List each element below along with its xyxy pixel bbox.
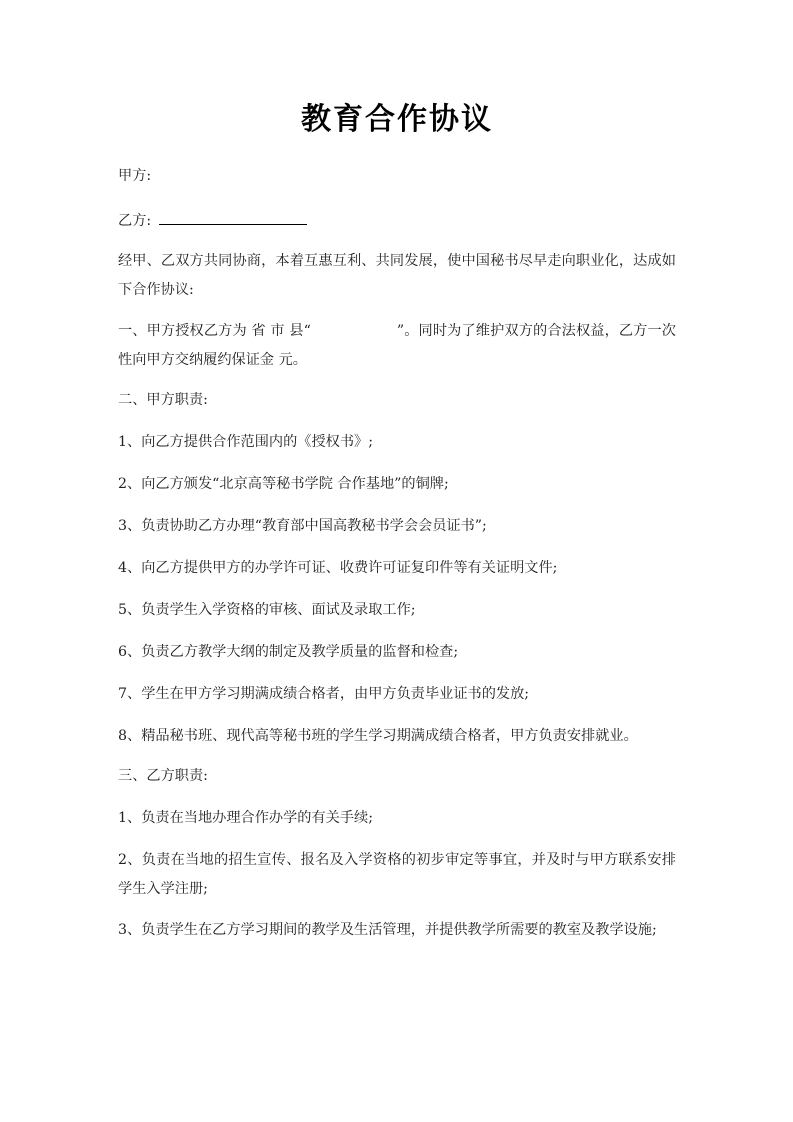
section-2-heading: 二、甲方职责: [118, 386, 676, 415]
intro-paragraph: 经甲、乙双方共同协商，本着互惠互利、共同发展，使中国秘书尽早走向职业化，达成如下… [118, 247, 676, 305]
section-2-item: 4、向乙方提供甲方的办学许可证、收费许可证复印件等有关证明文件; [118, 554, 676, 583]
document-title: 教育合作协议 [118, 94, 676, 138]
section-2-item: 5、负责学生入学资格的审核、面试及录取工作; [118, 596, 676, 625]
section-3-item: 2、负责在当地的招生宣传、报名及入学资格的初步审定等事宜，并及时与甲方联系安排学… [118, 846, 676, 904]
section-2-item: 6、负责乙方教学大纲的制定及教学质量的监督和检查; [118, 638, 676, 667]
party-a-line: 甲方: [118, 162, 676, 191]
party-a-label: 甲方: [118, 168, 151, 184]
section-3-heading: 三、乙方职责: [118, 762, 676, 791]
section-3-item: 1、负责在当地办理合作办学的有关手续; [118, 804, 676, 833]
section-2-item: 2、向乙方颁发“北京高等秘书学院 合作基地”的铜牌; [118, 470, 676, 499]
clause-1-paragraph: 一、甲方授权乙方为 省 市 县“ ”。同时为了维护双方的合法权益，乙方一次性向甲… [118, 317, 676, 375]
section-3-item: 3、负责学生在乙方学习期间的教学及生活管理，并提供教学所需要的教室及教学设施; [118, 916, 676, 945]
party-b-line: 乙方: [118, 207, 676, 236]
section-2-item: 1、向乙方提供合作范围内的《授权书》; [118, 428, 676, 457]
section-2-item: 3、负责协助乙方办理“教育部中国高教秘书学会会员证书”; [118, 512, 676, 541]
party-b-label: 乙方: [118, 213, 151, 229]
party-b-blank-field [159, 212, 307, 225]
section-2-item: 8、精品秘书班、现代高等秘书班的学生学习期满成绩合格者，甲方负责安排就业。 [118, 722, 676, 751]
section-2-item: 7、学生在甲方学习期满成绩合格者，由甲方负责毕业证书的发放; [118, 680, 676, 709]
